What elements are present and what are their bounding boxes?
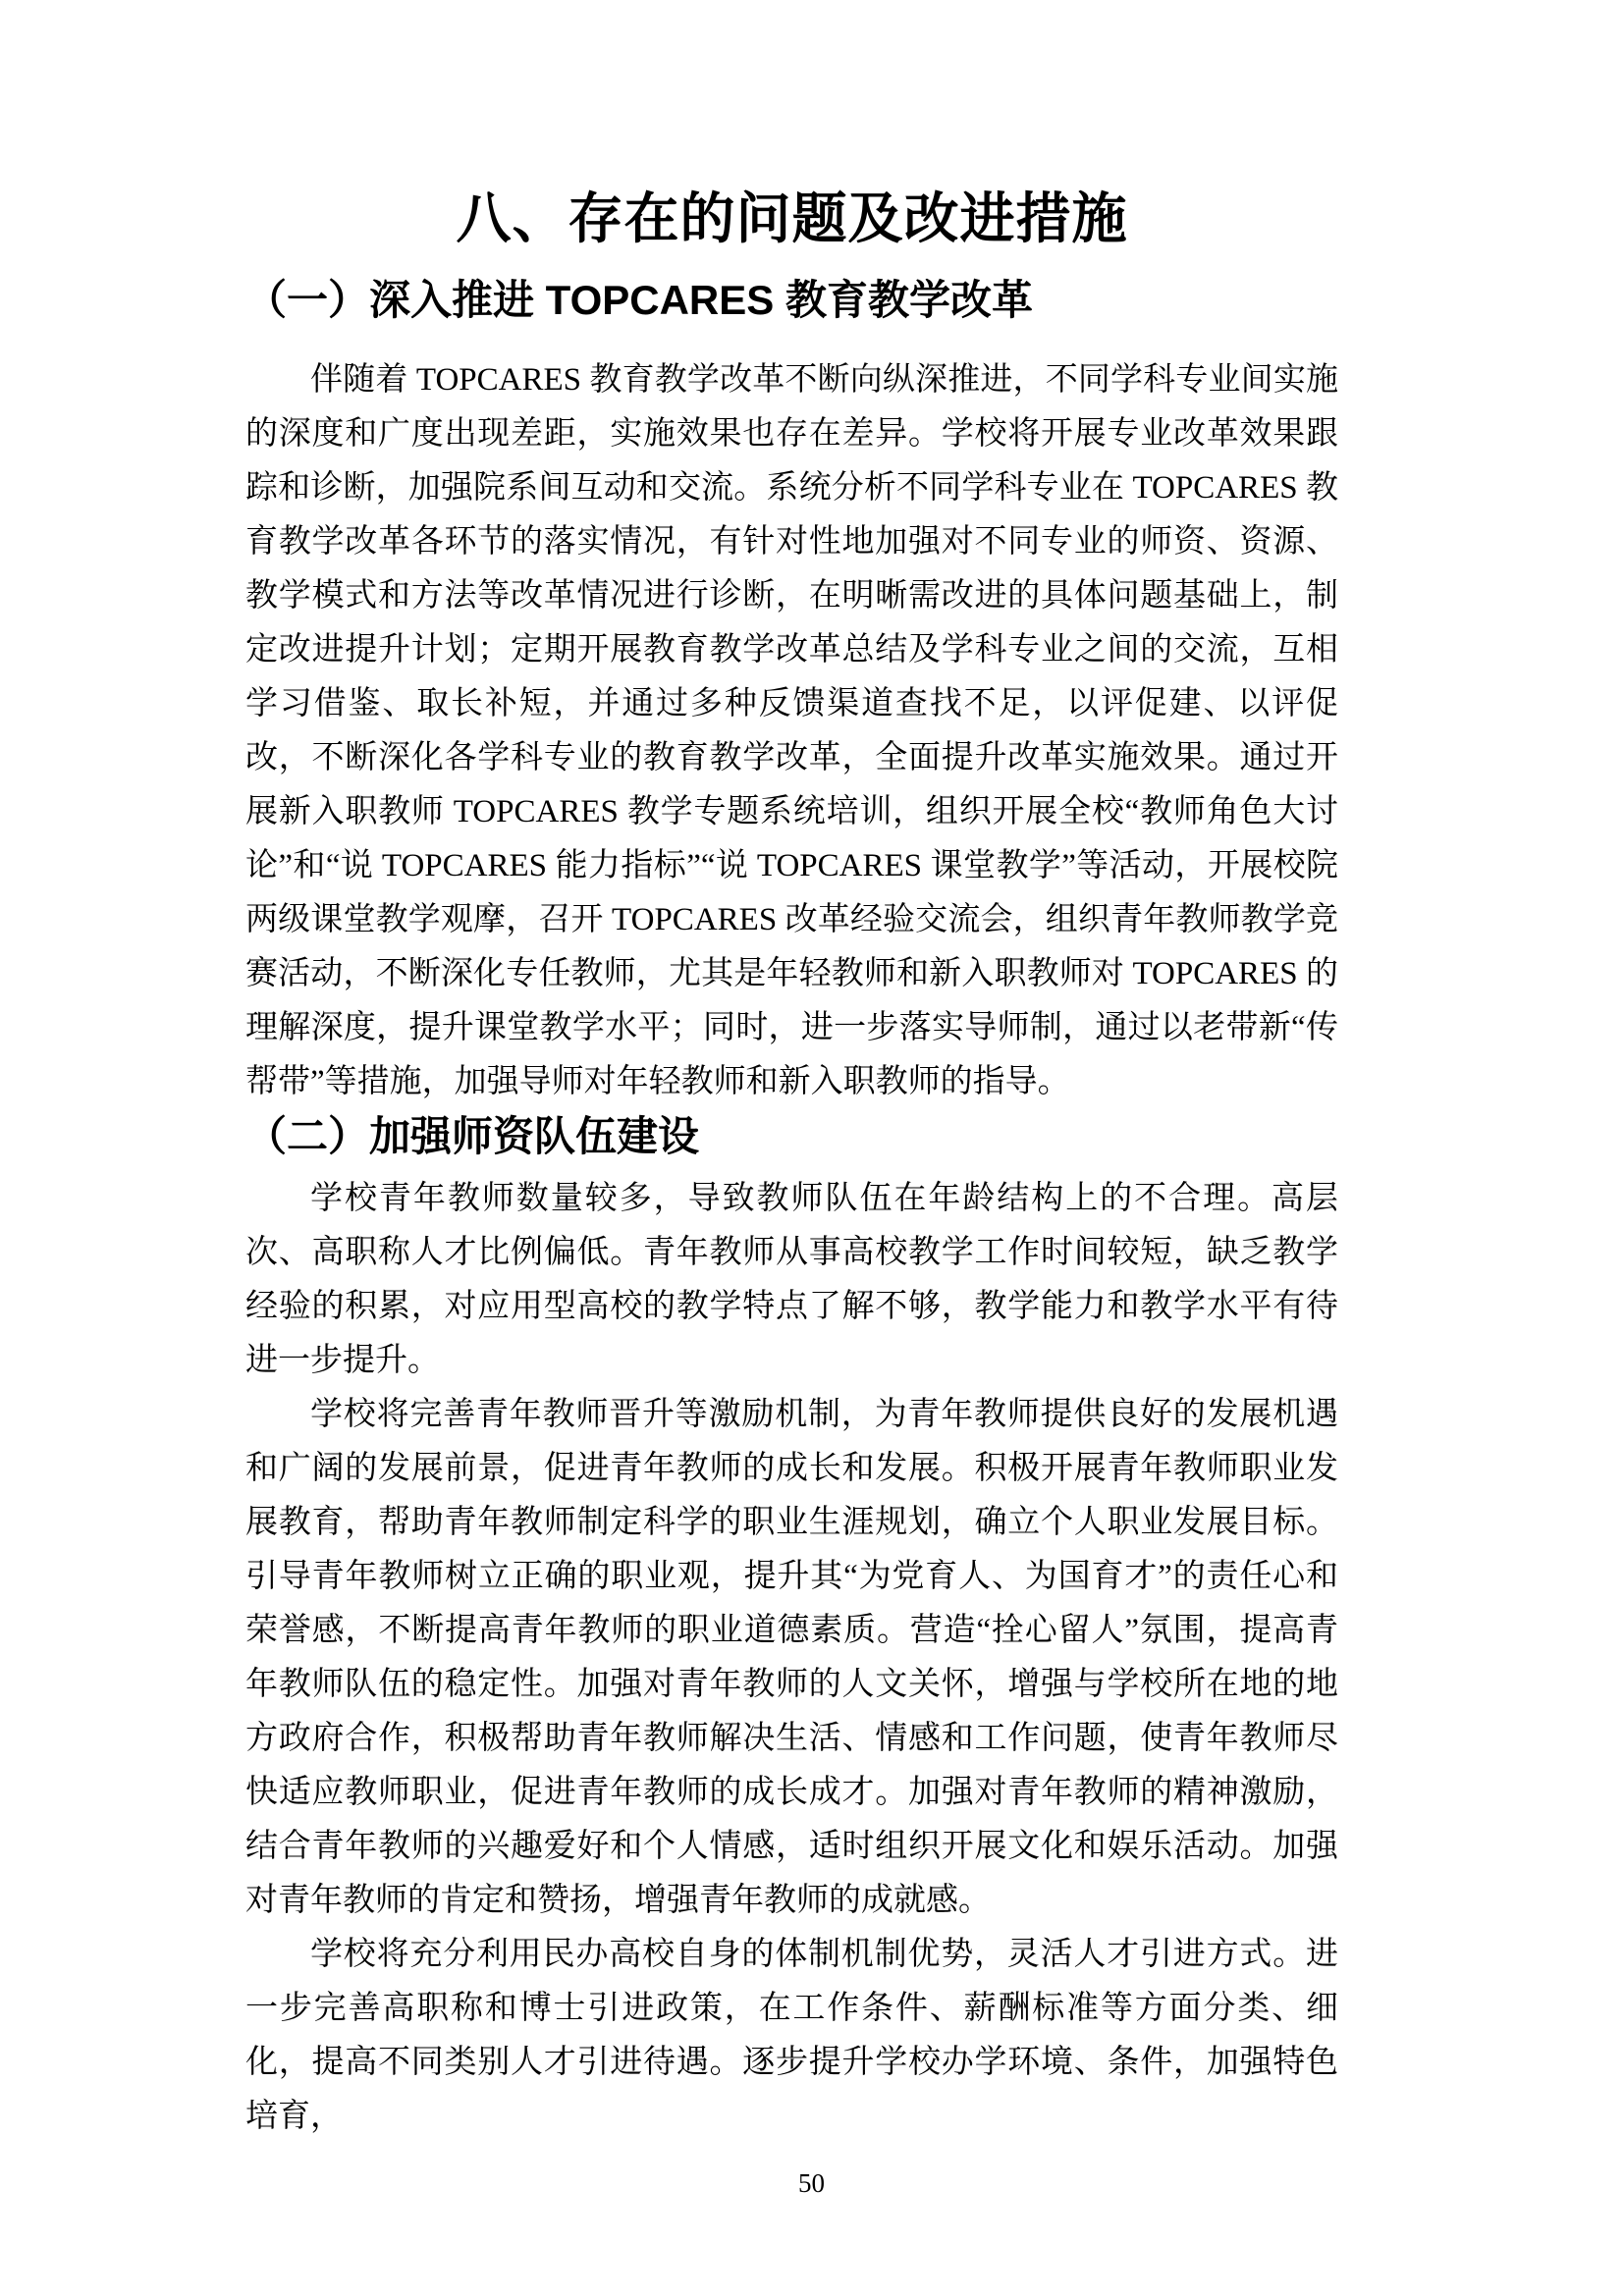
section-heading-1: （一）深入推进 TOPCARES 教育教学改革 xyxy=(245,273,1338,328)
paragraph: 伴随着 TOPCARES 教育教学改革不断向纵深推进，不同学科专业间实施的深度和… xyxy=(245,353,1338,1109)
page-number: 50 xyxy=(0,2168,1623,2198)
paragraph: 学校青年教师数量较多，导致教师队伍在年龄结构上的不合理。高层次、高职称人才比例偏… xyxy=(245,1172,1338,1388)
page-title: 八、存在的问题及改进措施 xyxy=(245,187,1338,251)
document-page: 八、存在的问题及改进措施 （一）深入推进 TOPCARES 教育教学改革 伴随着… xyxy=(0,0,1623,2296)
paragraph: 学校将充分利用民办高校自身的体制机制优势，灵活人才引进方式。进一步完善高职称和博… xyxy=(245,1928,1338,2144)
section-heading-2: （二）加强师资队伍建设 xyxy=(245,1109,1338,1164)
paragraph: 学校将完善青年教师晋升等激励机制，为青年教师提供良好的发展机遇和广阔的发展前景，… xyxy=(245,1388,1338,1928)
document-body: 八、存在的问题及改进措施 （一）深入推进 TOPCARES 教育教学改革 伴随着… xyxy=(245,0,1338,2144)
